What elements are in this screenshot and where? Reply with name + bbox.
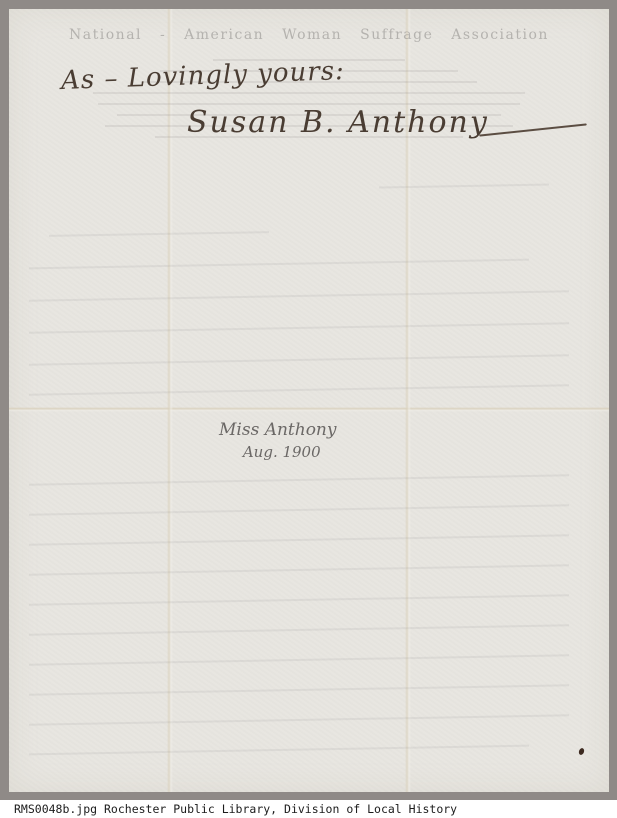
pencil-annotation: Miss Anthony Aug. 1900 [219,419,337,463]
signature: Susan B. Anthony [187,105,489,140]
pencil-annotation-name: Miss Anthony [219,419,337,441]
scan-background: National - American Woman Suffrage Assoc… [0,0,617,800]
horizontal-fold-line [9,407,609,412]
letter-page: National - American Woman Suffrage Assoc… [9,9,609,792]
ink-spot [578,747,585,755]
letterhead-organization: National - American Woman Suffrage Assoc… [9,27,609,43]
image-caption: RMS0048b.jpg Rochester Public Library, D… [14,802,457,816]
pencil-annotation-date: Aug. 1900 [219,441,337,463]
